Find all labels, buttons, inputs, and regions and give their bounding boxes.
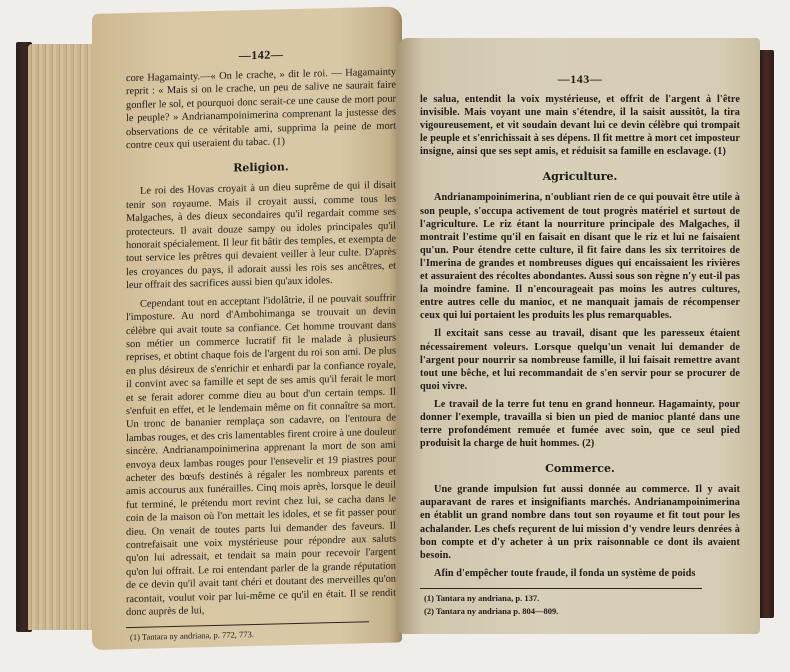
footnote: (1) Tantara ny andriana, p. 772, 773. [130, 626, 396, 644]
footnote: (2) Tantara ny andriana p. 804—809. [424, 606, 740, 617]
paragraph: Il excitait sans cesse au travail, disan… [420, 327, 740, 392]
footnote-divider [420, 588, 702, 589]
section-heading-commerce: Commerce. [420, 462, 740, 475]
section-heading-religion: Religion. [126, 158, 396, 178]
paragraph: Le roi des Hovas croyait à un dieu suprê… [126, 179, 396, 293]
page-number: —143— [420, 72, 740, 87]
left-page: —142— core Hagamainty.—« On le crache, »… [92, 6, 402, 650]
section-heading-agriculture: Agriculture. [420, 170, 740, 183]
paragraph: Cependant tout en acceptant l'idolâtrie,… [126, 291, 396, 619]
paragraph: Andrianampoinimerina, n'oubliant rien de… [420, 191, 740, 322]
footnote: (1) Tantara ny andriana, p. 137. [424, 593, 740, 604]
continued-paragraph: core Hagamainty.—« On le crache, » dit l… [126, 66, 396, 153]
paragraph: Le travail de la terre fut tenu en grand… [420, 398, 740, 450]
page-number: —142— [126, 45, 396, 67]
right-page: —143— le salua, entendit la voix mystéri… [398, 38, 760, 634]
paragraph: Une grande impulsion fut aussi donnée au… [420, 483, 740, 562]
book-cover-right-edge [758, 50, 774, 618]
page-block-edges [28, 44, 98, 630]
paragraph: Afin d'empêcher toute fraude, il fonda u… [420, 567, 740, 580]
continued-paragraph: le salua, entendit la voix mystérieuse, … [420, 93, 740, 158]
